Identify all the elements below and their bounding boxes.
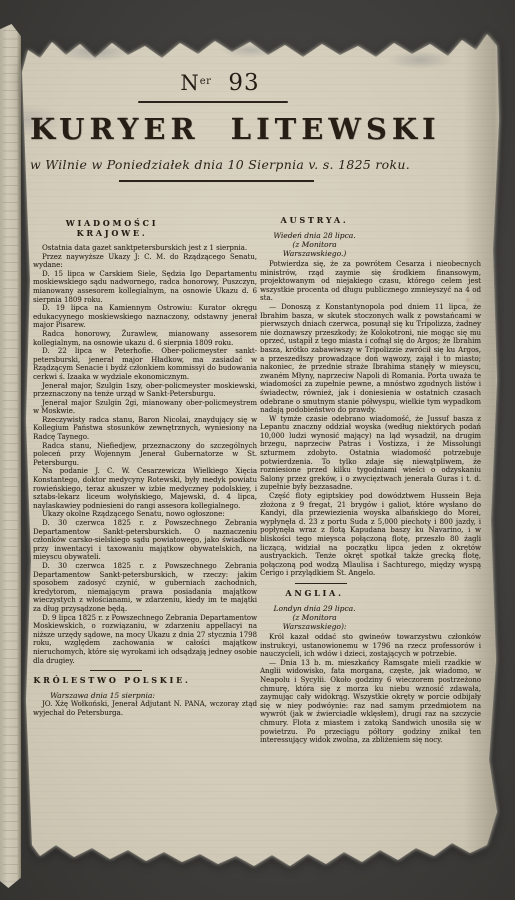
section-heading-austrya: AUSTRYA.: [260, 215, 369, 225]
masthead-rule-top: [138, 101, 288, 103]
paragraph: D. 9 lipca 1825 r. z Powszechnego Zebran…: [33, 614, 257, 666]
section-dateline-wieden: Wiedeń dnia 28 lipca.: [260, 231, 369, 240]
section-dateline-warszawa: Warszawa dnia 15 sierpnia:: [33, 691, 172, 700]
newspaper-title: KURYER LITEWSKI: [30, 112, 410, 146]
issue-superscript: er: [200, 76, 212, 87]
section-heading-anglia: ANGLIA.: [260, 588, 369, 598]
paragraph: — Donoszą z Konstantynopola pod dniem 11…: [260, 303, 481, 415]
paragraph: Rzeczywisty radca stanu, Baron Nicolai, …: [33, 416, 257, 442]
paper-shadow-wrap: Ner93 KURYER LITEWSKI w Wilnie w Poniedz…: [0, 0, 515, 900]
masthead: Ner93 KURYER LITEWSKI w Wilnie w Poniedz…: [30, 70, 410, 182]
paragraph: W tymże czasie odebrano wiadomość, że Ju…: [260, 415, 481, 492]
newspaper-page: Ner93 KURYER LITEWSKI w Wilnie w Poniedz…: [0, 0, 515, 900]
section-divider-rule: [90, 670, 142, 671]
issue-letter: N: [180, 71, 199, 95]
paragraph: JO. Xżę Wołkoński, Jenerał Adjutant N. P…: [33, 700, 257, 717]
issue-number: Ner93: [30, 70, 410, 96]
section-body-wiadomosci-krajowe: Ostatnia data gazet sanktpetersburskich …: [33, 244, 257, 665]
section-body-krolestwo-polskie: JO. Xżę Wołkoński, Jenerał Adjutant N. P…: [33, 700, 257, 717]
section-body-austrya: Potwierdza się, że za powrótem Cesarza i…: [260, 260, 481, 578]
paragraph: Przez naywyższe Ukazy J: C. M. do Rządzą…: [33, 253, 257, 270]
right-column: AUSTRYA. Wiedeń dnia 28 lipca. (z Monito…: [260, 215, 481, 745]
paragraph: Ostatnia data gazet sanktpetersburskich …: [33, 244, 257, 253]
paragraph: Radca honorowy, Żurawlew, mianowany asse…: [33, 330, 257, 347]
paragraph: — Dnia 13 b. m. mieszkańcy Ramsgate miel…: [260, 659, 481, 745]
paragraph: D. 22 lipca w Peterhofie. Ober-policmeys…: [33, 347, 257, 381]
masthead-dateline: w Wilnie w Poniedziałek dnia 10 Sierpnia…: [30, 157, 410, 172]
paragraph: Potwierdza się, że za powrótem Cesarza i…: [260, 260, 481, 303]
section-dateline-londyn: Londyn dnia 29 lipca.: [260, 604, 369, 613]
paragraph: D. 19 lipca na Kamiennym Ostrowiu: Kurat…: [33, 304, 257, 330]
paragraph: Ukazy okolne Rządzącego Senatu, nowo ogł…: [33, 510, 257, 519]
scanner-background: Ner93 KURYER LITEWSKI w Wilnie w Poniedz…: [0, 0, 515, 900]
section-heading-krolestwo-polskie: KRÓLESTWO POLSKIE.: [33, 675, 191, 685]
paragraph: Na podanie J. C. W. Cesarzewicza Wielkie…: [33, 467, 257, 510]
paragraph: Część floty egiptskiey pod dowództwem Hu…: [260, 492, 481, 578]
section-source-anglia: (z Monitora Warszawskiego):: [260, 613, 369, 631]
paragraph: D. 15 lipca w Carskiem Siele, Sędzia Igo…: [33, 270, 257, 304]
issue-value: 93: [228, 70, 259, 96]
masthead-rule-bottom: [119, 180, 314, 182]
left-column: WIADOMOŚCI KRAJOWE. Ostatnia data gazet …: [33, 218, 257, 717]
paragraph: D. 30 czerwca 1825 r. z Powszechnego Zeb…: [33, 519, 257, 562]
section-heading-wiadomosci-krajowe: WIADOMOŚCI KRAJOWE.: [33, 218, 191, 238]
paragraph: D. 30 czerwca 1825 r. z Powszechnego Zeb…: [33, 562, 257, 614]
section-body-anglia: Król kazał oddać sto gwineów towarzystwu…: [260, 633, 481, 745]
section-source-austrya: (z Monitora Warszawskiego.): [260, 240, 369, 258]
section-divider-rule: [295, 583, 347, 584]
paragraph: Radca stanu, Niefiedjew, przeznaczony do…: [33, 442, 257, 468]
paragraph: Jenerał major, Szulgin 1szy, ober-policm…: [33, 382, 257, 399]
paragraph: Król kazał oddać sto gwineów towarzystwu…: [260, 633, 481, 659]
paragraph: Jenerał major Szulgin 2gi, mianowany obe…: [33, 399, 257, 416]
